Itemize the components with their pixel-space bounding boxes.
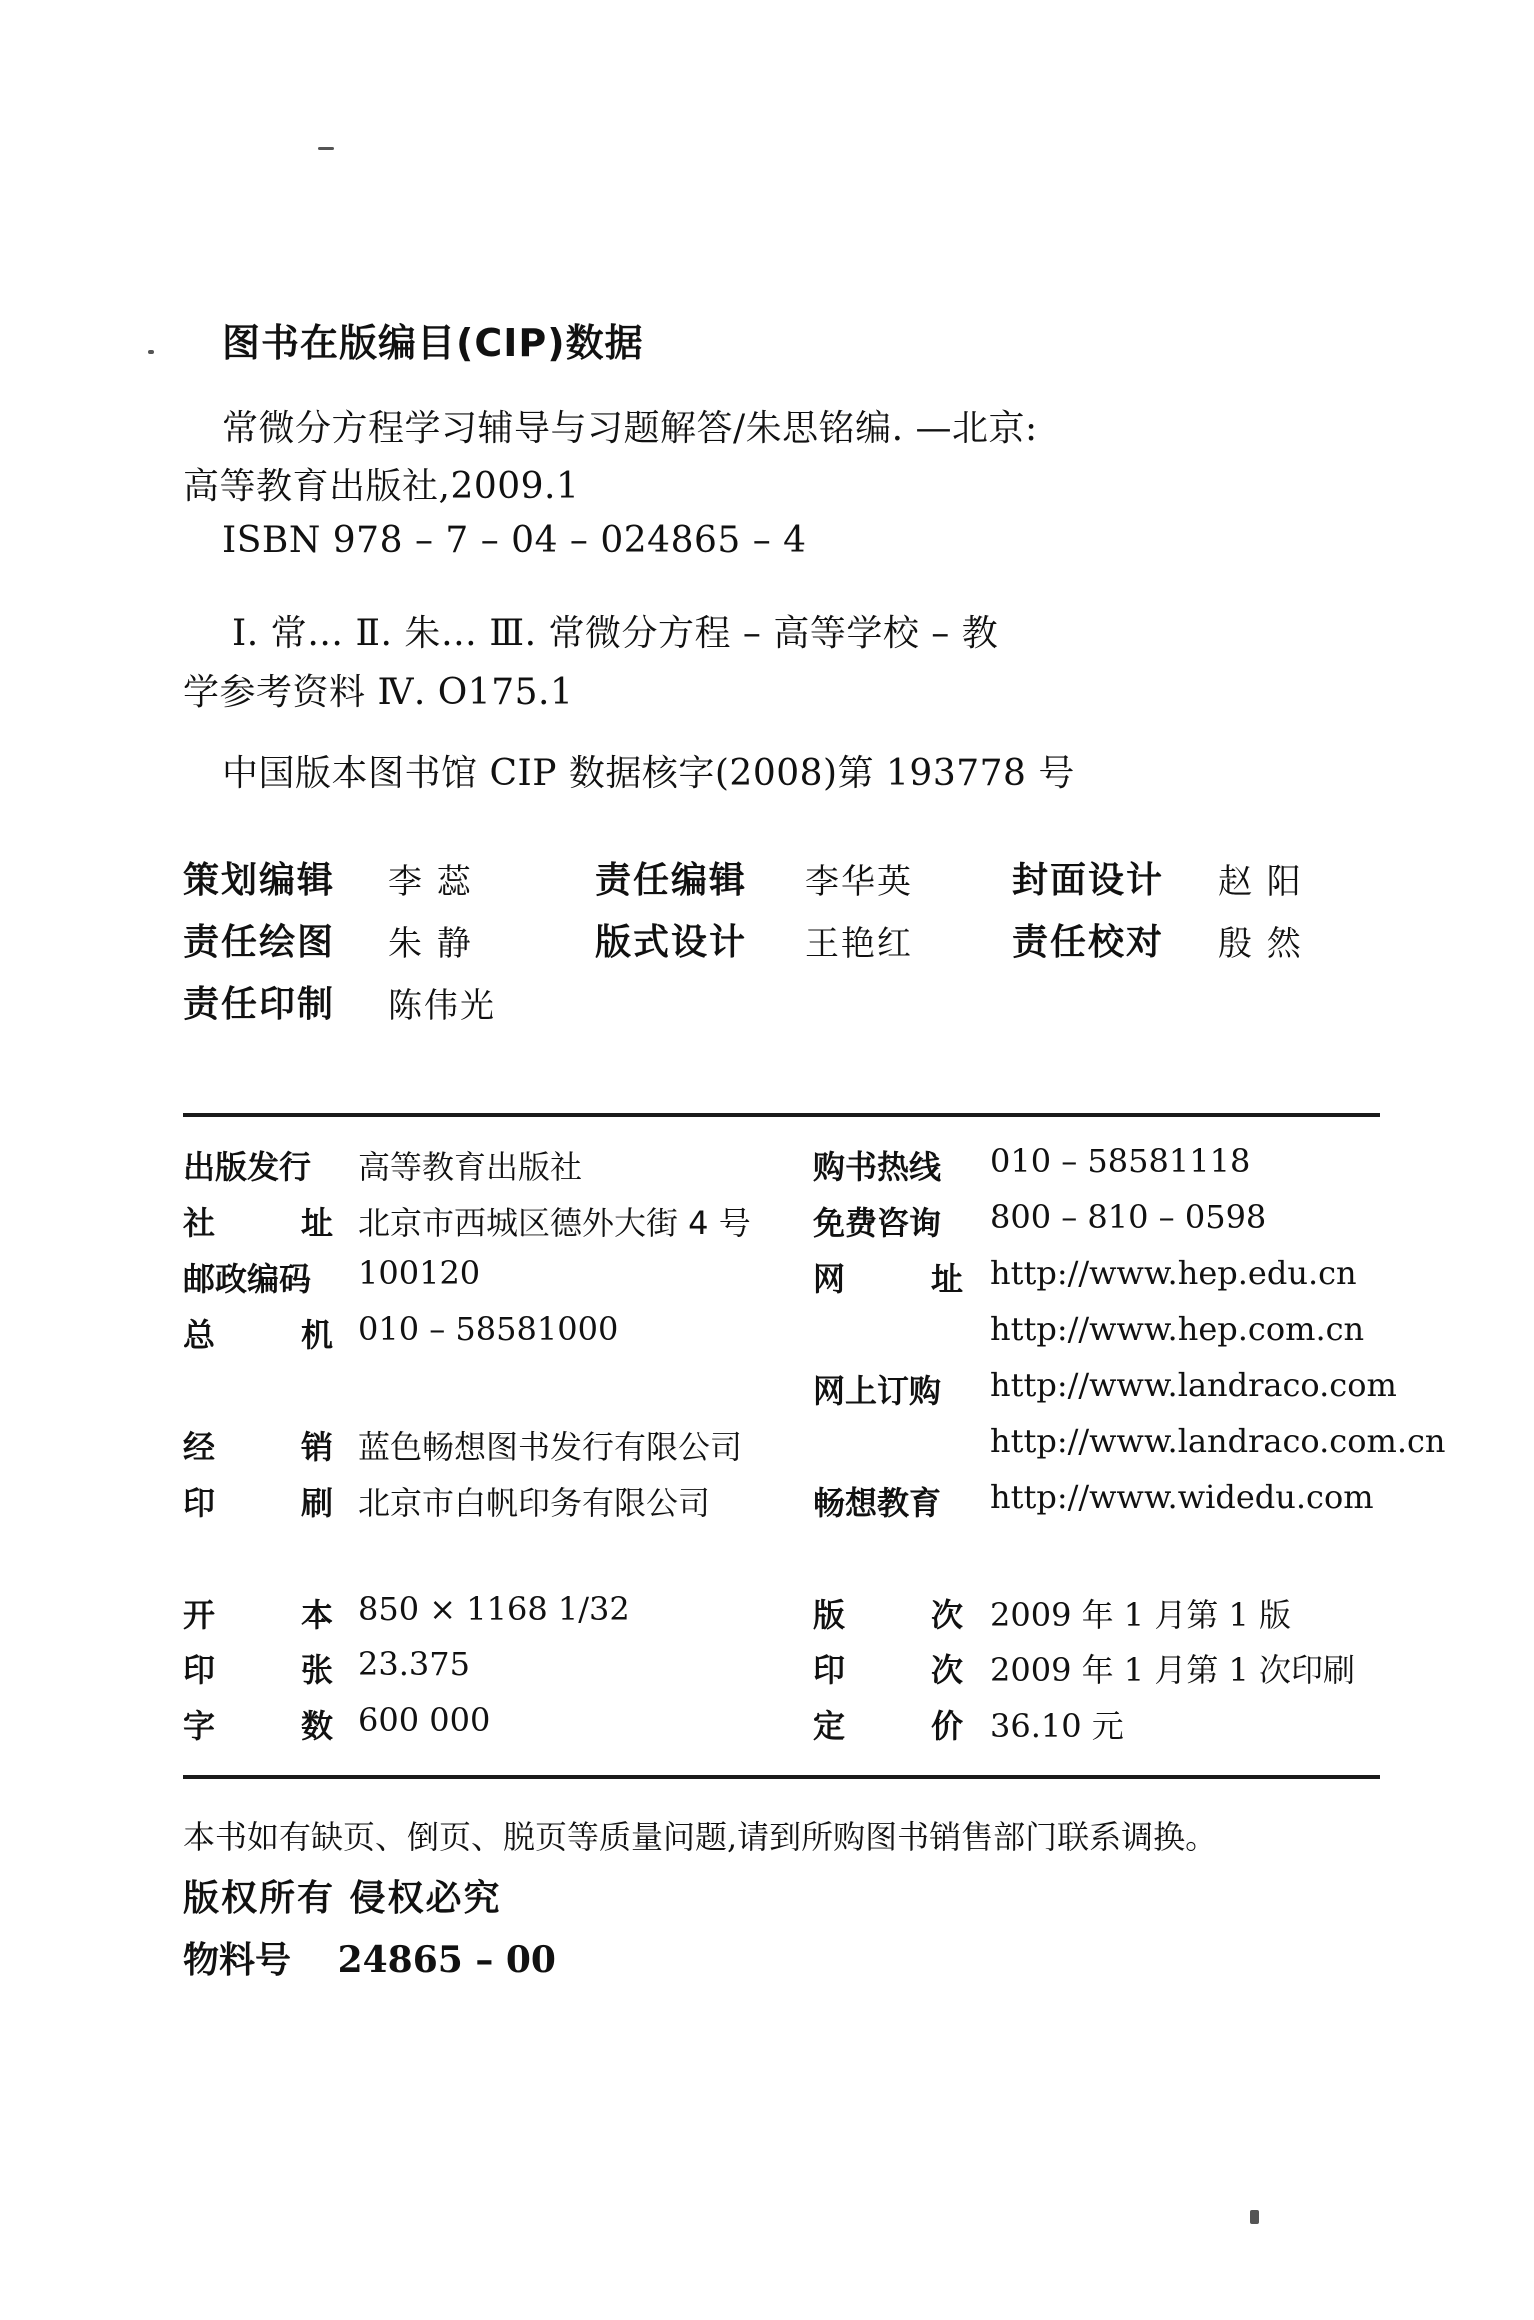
spec-label: 字数 (183, 1701, 333, 1747)
info-value: 高等教育出版社 (358, 1142, 582, 1188)
info-label: 邮政编码 (183, 1254, 333, 1300)
material-number-row: 物料号 24865 – 00 (183, 1932, 556, 1983)
info-label: 畅想教育 (813, 1478, 963, 1524)
spec-label: 印次 (813, 1645, 963, 1691)
material-label: 物料号 (183, 1940, 291, 1981)
website-link: http://www.hep.edu.cn (990, 1254, 1357, 1292)
info-label: 网址 (813, 1254, 963, 1300)
info-label: 网上订购 (813, 1366, 963, 1412)
info-label: 出版发行 (183, 1142, 333, 1188)
staff-label: 版式设计 (595, 914, 747, 965)
website-link: http://www.widedu.com (990, 1478, 1374, 1516)
spec-label: 定价 (813, 1701, 963, 1747)
info-label: 社址 (183, 1198, 333, 1244)
staff-label: 责任印制 (183, 976, 335, 1027)
staff-label: 责任绘图 (183, 914, 335, 965)
info-label: 购书热线 (813, 1142, 963, 1188)
spec-value: 600 000 (358, 1701, 490, 1739)
website-link: http://www.hep.com.cn (990, 1310, 1364, 1348)
cip-title-line: 常微分方程学习辅导与习题解答/朱思铭编. —北京: (222, 400, 1038, 451)
spec-label: 开本 (183, 1590, 333, 1636)
spec-label: 版次 (813, 1590, 963, 1636)
info-label: 经销 (183, 1422, 333, 1468)
info-value: 010 – 58581118 (990, 1142, 1250, 1180)
info-label: 印刷 (183, 1478, 333, 1524)
website-link: http://www.landraco.com (990, 1366, 1397, 1404)
copyright-notice: 版权所有 侵权必究 (183, 1870, 502, 1921)
staff-label: 责任编辑 (595, 852, 747, 903)
info-value: 100120 (358, 1254, 480, 1292)
website-link: http://www.landraco.com.cn (990, 1422, 1446, 1460)
staff-name: 朱 静 (388, 916, 473, 965)
cip-subject-line: Ⅰ. 常… Ⅱ. 朱… Ⅲ. 常微分方程 – 高等学校 – 教 (232, 605, 998, 656)
staff-name: 李华英 (805, 854, 913, 903)
divider-rule (183, 1113, 1380, 1117)
quality-notice: 本书如有缺页、倒页、脱页等质量问题,请到所购图书销售部门联系调换。 (183, 1812, 1217, 1858)
staff-label: 责任校对 (1012, 914, 1164, 965)
scan-speck (148, 350, 154, 354)
scan-speck (1250, 2210, 1259, 2224)
cip-isbn: ISBN 978 – 7 – 04 – 024865 – 4 (222, 520, 807, 561)
spec-label: 印张 (183, 1645, 333, 1691)
spec-value: 23.375 (358, 1645, 470, 1683)
spec-value: 2009 年 1 月第 1 版 (990, 1590, 1291, 1636)
scan-speck (318, 147, 334, 150)
cip-verification-number: 中国版本图书馆 CIP 数据核字(2008)第 193778 号 (222, 745, 1075, 796)
info-value: 800 – 810 – 0598 (990, 1198, 1266, 1236)
staff-name: 殷 然 (1218, 916, 1303, 965)
cip-classification-line: 学参考资料 Ⅳ. O175.1 (183, 664, 573, 715)
material-number: 24865 – 00 (338, 1939, 556, 1981)
info-value: 北京市西城区德外大街 4 号 (358, 1198, 751, 1244)
info-value: 北京市白帆印务有限公司 (358, 1478, 710, 1524)
info-label: 免费咨询 (813, 1198, 963, 1244)
staff-label: 策划编辑 (183, 852, 335, 903)
info-value: 蓝色畅想图书发行有限公司 (358, 1422, 742, 1468)
staff-name: 李 蕊 (388, 854, 473, 903)
staff-name: 王艳红 (805, 916, 913, 965)
info-value: 010 – 58581000 (358, 1310, 618, 1348)
spec-value: 2009 年 1 月第 1 次印刷 (990, 1645, 1355, 1691)
info-label: 总机 (183, 1310, 333, 1356)
spec-value: 36.10 元 (990, 1701, 1124, 1747)
staff-name: 赵 阳 (1218, 854, 1303, 903)
staff-label: 封面设计 (1012, 852, 1164, 903)
cip-title: 图书在版编目(CIP)数据 (222, 312, 644, 367)
staff-name: 陈伟光 (388, 978, 496, 1027)
cip-publisher-line: 高等教育出版社,2009.1 (183, 458, 579, 509)
spec-value: 850 × 1168 1/32 (358, 1590, 630, 1628)
divider-rule (183, 1775, 1380, 1779)
